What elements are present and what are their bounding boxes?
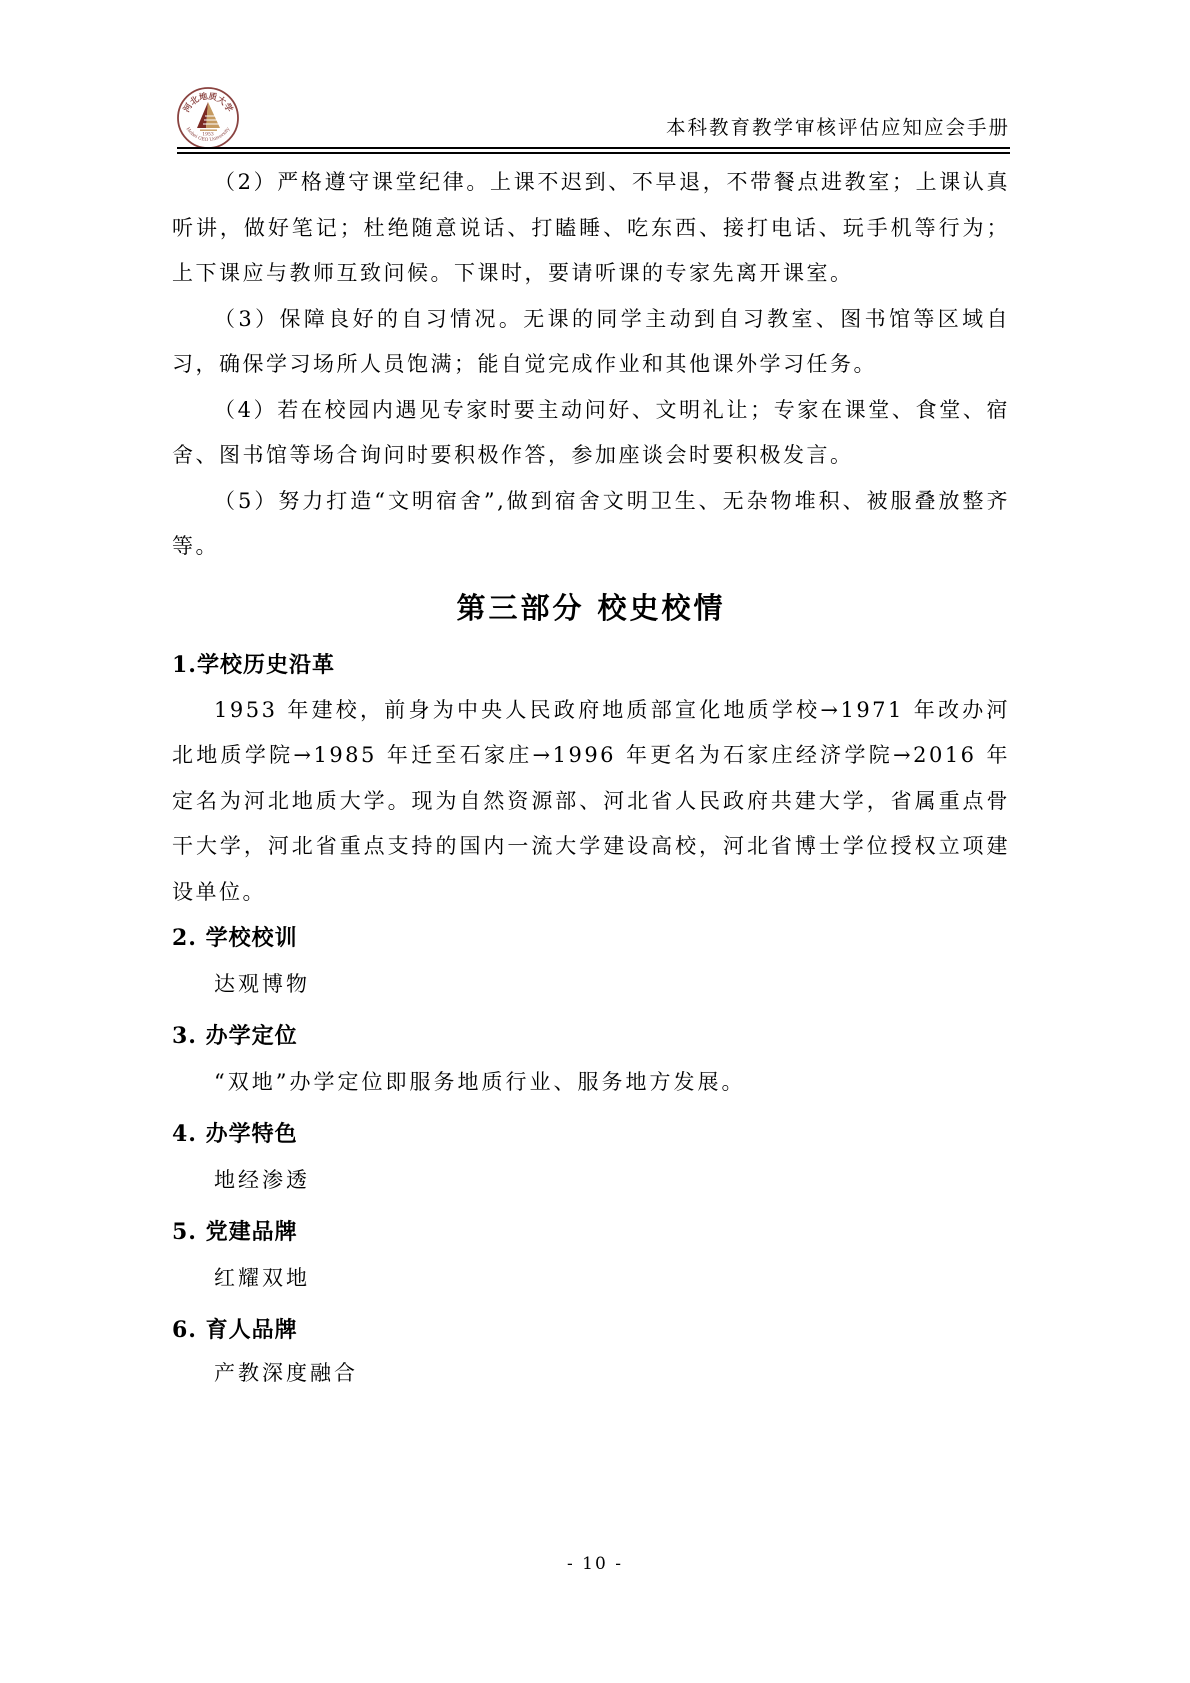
section-body-characteristics: 地经渗透 [172, 1157, 1010, 1203]
header-divider [177, 147, 1010, 154]
paragraph-item-4: （4）若在校园内遇见专家时要主动问好、文明礼让；专家在课堂、食堂、宿舍、图书馆等… [172, 388, 1010, 479]
section-heading-motto: 2. 学校校训 [172, 915, 1010, 961]
page-body: （2）严格遵守课堂纪律。上课不迟到、不早退，不带餐点进教室；上课认真听讲，做好笔… [172, 160, 1010, 1393]
section-body-party-brand: 红耀双地 [172, 1255, 1010, 1301]
section-heading-history: 1.学校历史沿革 [172, 642, 1010, 688]
page-footer: - 10 - [0, 1554, 1190, 1574]
paragraph-item-2: （2）严格遵守课堂纪律。上课不迟到、不早退，不带餐点进教室；上课认真听讲，做好笔… [172, 160, 1010, 297]
section-body-motto: 达观博物 [172, 961, 1010, 1007]
section-heading-party-brand: 5. 党建品牌 [172, 1209, 1010, 1255]
header-booklet-title: 本科教育教学审核评估应知应会手册 [666, 112, 1010, 140]
document-page: 河北地质大学 Hebei GEO University 1953 本科教育教学审… [0, 0, 1190, 1683]
section-body-positioning: “双地”办学定位即服务地质行业、服务地方发展。 [172, 1059, 1010, 1105]
section-heading-positioning: 3. 办学定位 [172, 1013, 1010, 1059]
section-heading-characteristics: 4. 办学特色 [172, 1111, 1010, 1157]
paragraph-item-3: （3）保障良好的自习情况。无课的同学主动到自习教室、图书馆等区域自习，确保学习场… [172, 297, 1010, 388]
section-heading-education-brand: 6. 育人品牌 [172, 1307, 1010, 1353]
section-body-history: 1953 年建校，前身为中央人民政府地质部宣化地质学校→1971 年改办河北地质… [172, 688, 1010, 916]
university-seal-logo-icon: 河北地质大学 Hebei GEO University 1953 [176, 86, 240, 150]
paragraph-item-5: （5）努力打造“文明宿舍”,做到宿舍文明卫生、无杂物堆积、被服叠放整齐等。 [172, 479, 1010, 570]
part-title: 第三部分 校史校情 [172, 584, 1010, 632]
seal-year-text: 1953 [202, 132, 214, 138]
section-body-education-brand: 产教深度融合 [172, 1353, 1010, 1393]
page-header: 河北地质大学 Hebei GEO University 1953 本科教育教学审… [170, 0, 1010, 150]
page-number: - 10 - [567, 1554, 623, 1574]
